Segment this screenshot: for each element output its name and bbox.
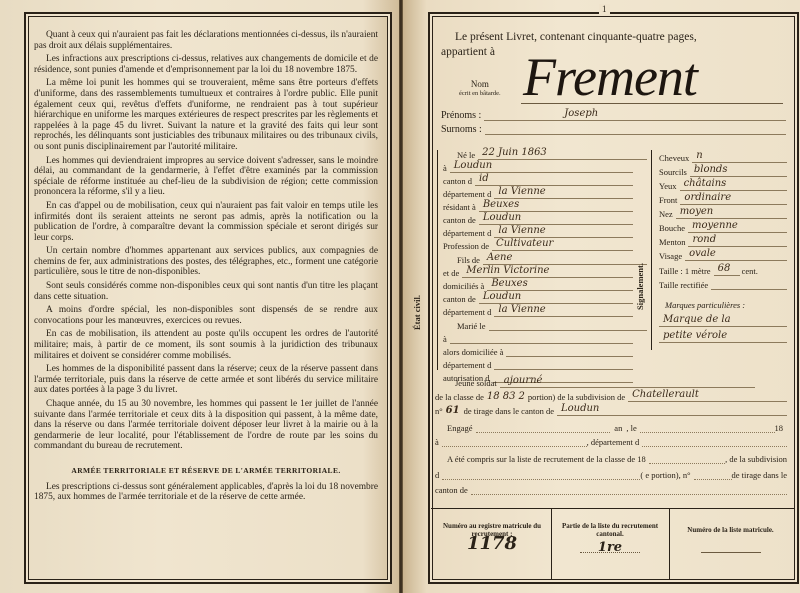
footer-col-divider-2 — [669, 508, 670, 580]
field-jeune-soldat: Jeune soldatajourné — [443, 375, 755, 388]
field-lieu-naissance: àLoudun — [443, 160, 633, 173]
left-page: Quant à ceux qui n'auraient pas fait les… — [0, 0, 403, 593]
footer-cell-registre: Numéro au registre matricule du recrutem… — [437, 522, 547, 548]
paragraph: Un certain nombre d'hommes appartenant a… — [34, 246, 378, 278]
field-ne-le: Né le22 Juin 1863 — [443, 147, 647, 160]
left-page-text: Quant à ceux qui n'auraient pas fait les… — [34, 30, 378, 506]
footer-divider — [431, 508, 794, 509]
paragraph: Les hommes qui deviendraient impropres a… — [34, 156, 378, 198]
field-profession: Profession deCultivateur — [443, 238, 633, 251]
footer-cell-partie-liste: Partie de la liste du recrutement canton… — [555, 522, 665, 553]
field-domicilies: domiciliés àBeuxes — [443, 278, 633, 291]
field-front: Frontordinaire — [659, 192, 787, 205]
paragraph: Les infractions aux prescriptions ci-des… — [34, 54, 378, 75]
paragraph: Quant à ceux qui n'auraient pas fait les… — [34, 30, 378, 51]
field-cheveux: Cheveuxn — [659, 150, 787, 163]
field-menton: Mentonrond — [659, 234, 787, 247]
signalement-label: Signalement. — [635, 230, 645, 310]
footer-col-divider-1 — [551, 508, 552, 580]
section-heading: ARMÉE TERRITORIALE ET RÉSERVE DE L'ARMÉE… — [34, 466, 378, 477]
field-taille-rectifiee: Taille rectifiée — [659, 277, 787, 290]
paragraph: Chaque année, du 15 au 30 novembre, les … — [34, 399, 378, 452]
paragraph: Sont seuls considérés comme non-disponib… — [34, 281, 378, 302]
field-classe: de la classe de 18 83 2 portion) de la s… — [435, 389, 787, 402]
partie-liste-value: 1re — [580, 544, 640, 553]
paragraph: A moins d'ordre spécial, les non-disponi… — [34, 305, 378, 326]
field-marie-le: Marié le — [443, 318, 647, 331]
field-engage-lieu: à , département d — [435, 434, 787, 447]
liste-matricule-value — [701, 550, 761, 553]
registre-number: 1178 — [437, 540, 547, 548]
open-booklet: Quant à ceux qui n'auraient pas fait les… — [0, 0, 800, 593]
field-canton: canton de — [435, 482, 787, 495]
surnoms-field: Surnoms : — [441, 122, 786, 135]
field-nez: Nezmoyen — [659, 206, 787, 219]
field-departement-residence: département dla Vienne — [443, 225, 633, 238]
field-canton-residence: canton deLoudun — [443, 212, 633, 225]
prenoms-value: Joseph — [484, 108, 786, 121]
etat-civil-label: État civil. — [412, 260, 422, 330]
marques-line-2: petite vérole — [659, 330, 787, 343]
field-engage: Engagé an , le 18 — [447, 420, 783, 433]
page-number: 1 — [599, 4, 610, 14]
field-et-de: et deMerlin Victorine — [443, 265, 633, 278]
marques-label: Marques particulières : — [665, 300, 745, 310]
surname-handwritten: Frement — [523, 46, 697, 108]
nom-sublabel: écrit en bâtarde. — [459, 89, 501, 98]
surname-line — [521, 103, 783, 104]
nom-label: Nom écrit en bâtarde. — [459, 80, 501, 98]
field-mariage-lieu: à — [443, 331, 633, 344]
etat-civil-brace — [437, 150, 438, 370]
field-visage: Visageovale — [659, 248, 787, 261]
field-canton-naissance: canton did — [443, 173, 633, 186]
footer-cell-liste-matricule: Numéro de la liste matricule. — [673, 526, 788, 553]
field-departement-parents: département dla Vienne — [443, 304, 633, 317]
paragraph: En cas de mobilisation, ils attendent au… — [34, 329, 378, 361]
field-subdivision-portion: d ( e portion), n° de tirage dans le — [435, 467, 787, 480]
field-departement-epouse: département d — [443, 357, 633, 370]
field-alors-domiciliee: alors domiciliée à — [443, 344, 633, 357]
field-departement-naissance: département dla Vienne — [443, 186, 633, 199]
paragraph: La même loi punit les hommes qui se trou… — [34, 78, 378, 152]
paragraph: En cas d'appel ou de mobilisation, ceux … — [34, 201, 378, 243]
header-line-1: Le présent Livret, contenant cinquante-q… — [441, 30, 786, 45]
right-page: 1 Le présent Livret, contenant cinquante… — [403, 0, 800, 593]
signalement-brace — [651, 150, 652, 350]
field-yeux: Yeuxchâtains — [659, 178, 787, 191]
field-bouche: Bouchemoyenne — [659, 220, 787, 233]
book-gutter — [399, 0, 403, 593]
field-residant: résidant àBeuxes — [443, 199, 633, 212]
field-canton-parents: canton deLoudun — [443, 291, 633, 304]
field-sourcils: Sourcilsblonds — [659, 164, 787, 177]
prenoms-field: Prénoms : Joseph — [441, 108, 786, 121]
paragraph: Les hommes de la disponibilité passent d… — [34, 364, 378, 396]
field-taille: Taille : 1 mètre68cent. — [659, 263, 787, 276]
paragraph: Les prescriptions ci-dessus sont général… — [34, 482, 378, 503]
field-compris-liste: A été compris sur la liste de recrutemen… — [447, 451, 787, 464]
field-fils-de: Fils deAene — [443, 252, 647, 265]
marques-line-1: Marque de la — [659, 314, 787, 327]
field-numero-tirage: n° 61 de tirage dans le canton de Loudun — [435, 403, 787, 416]
